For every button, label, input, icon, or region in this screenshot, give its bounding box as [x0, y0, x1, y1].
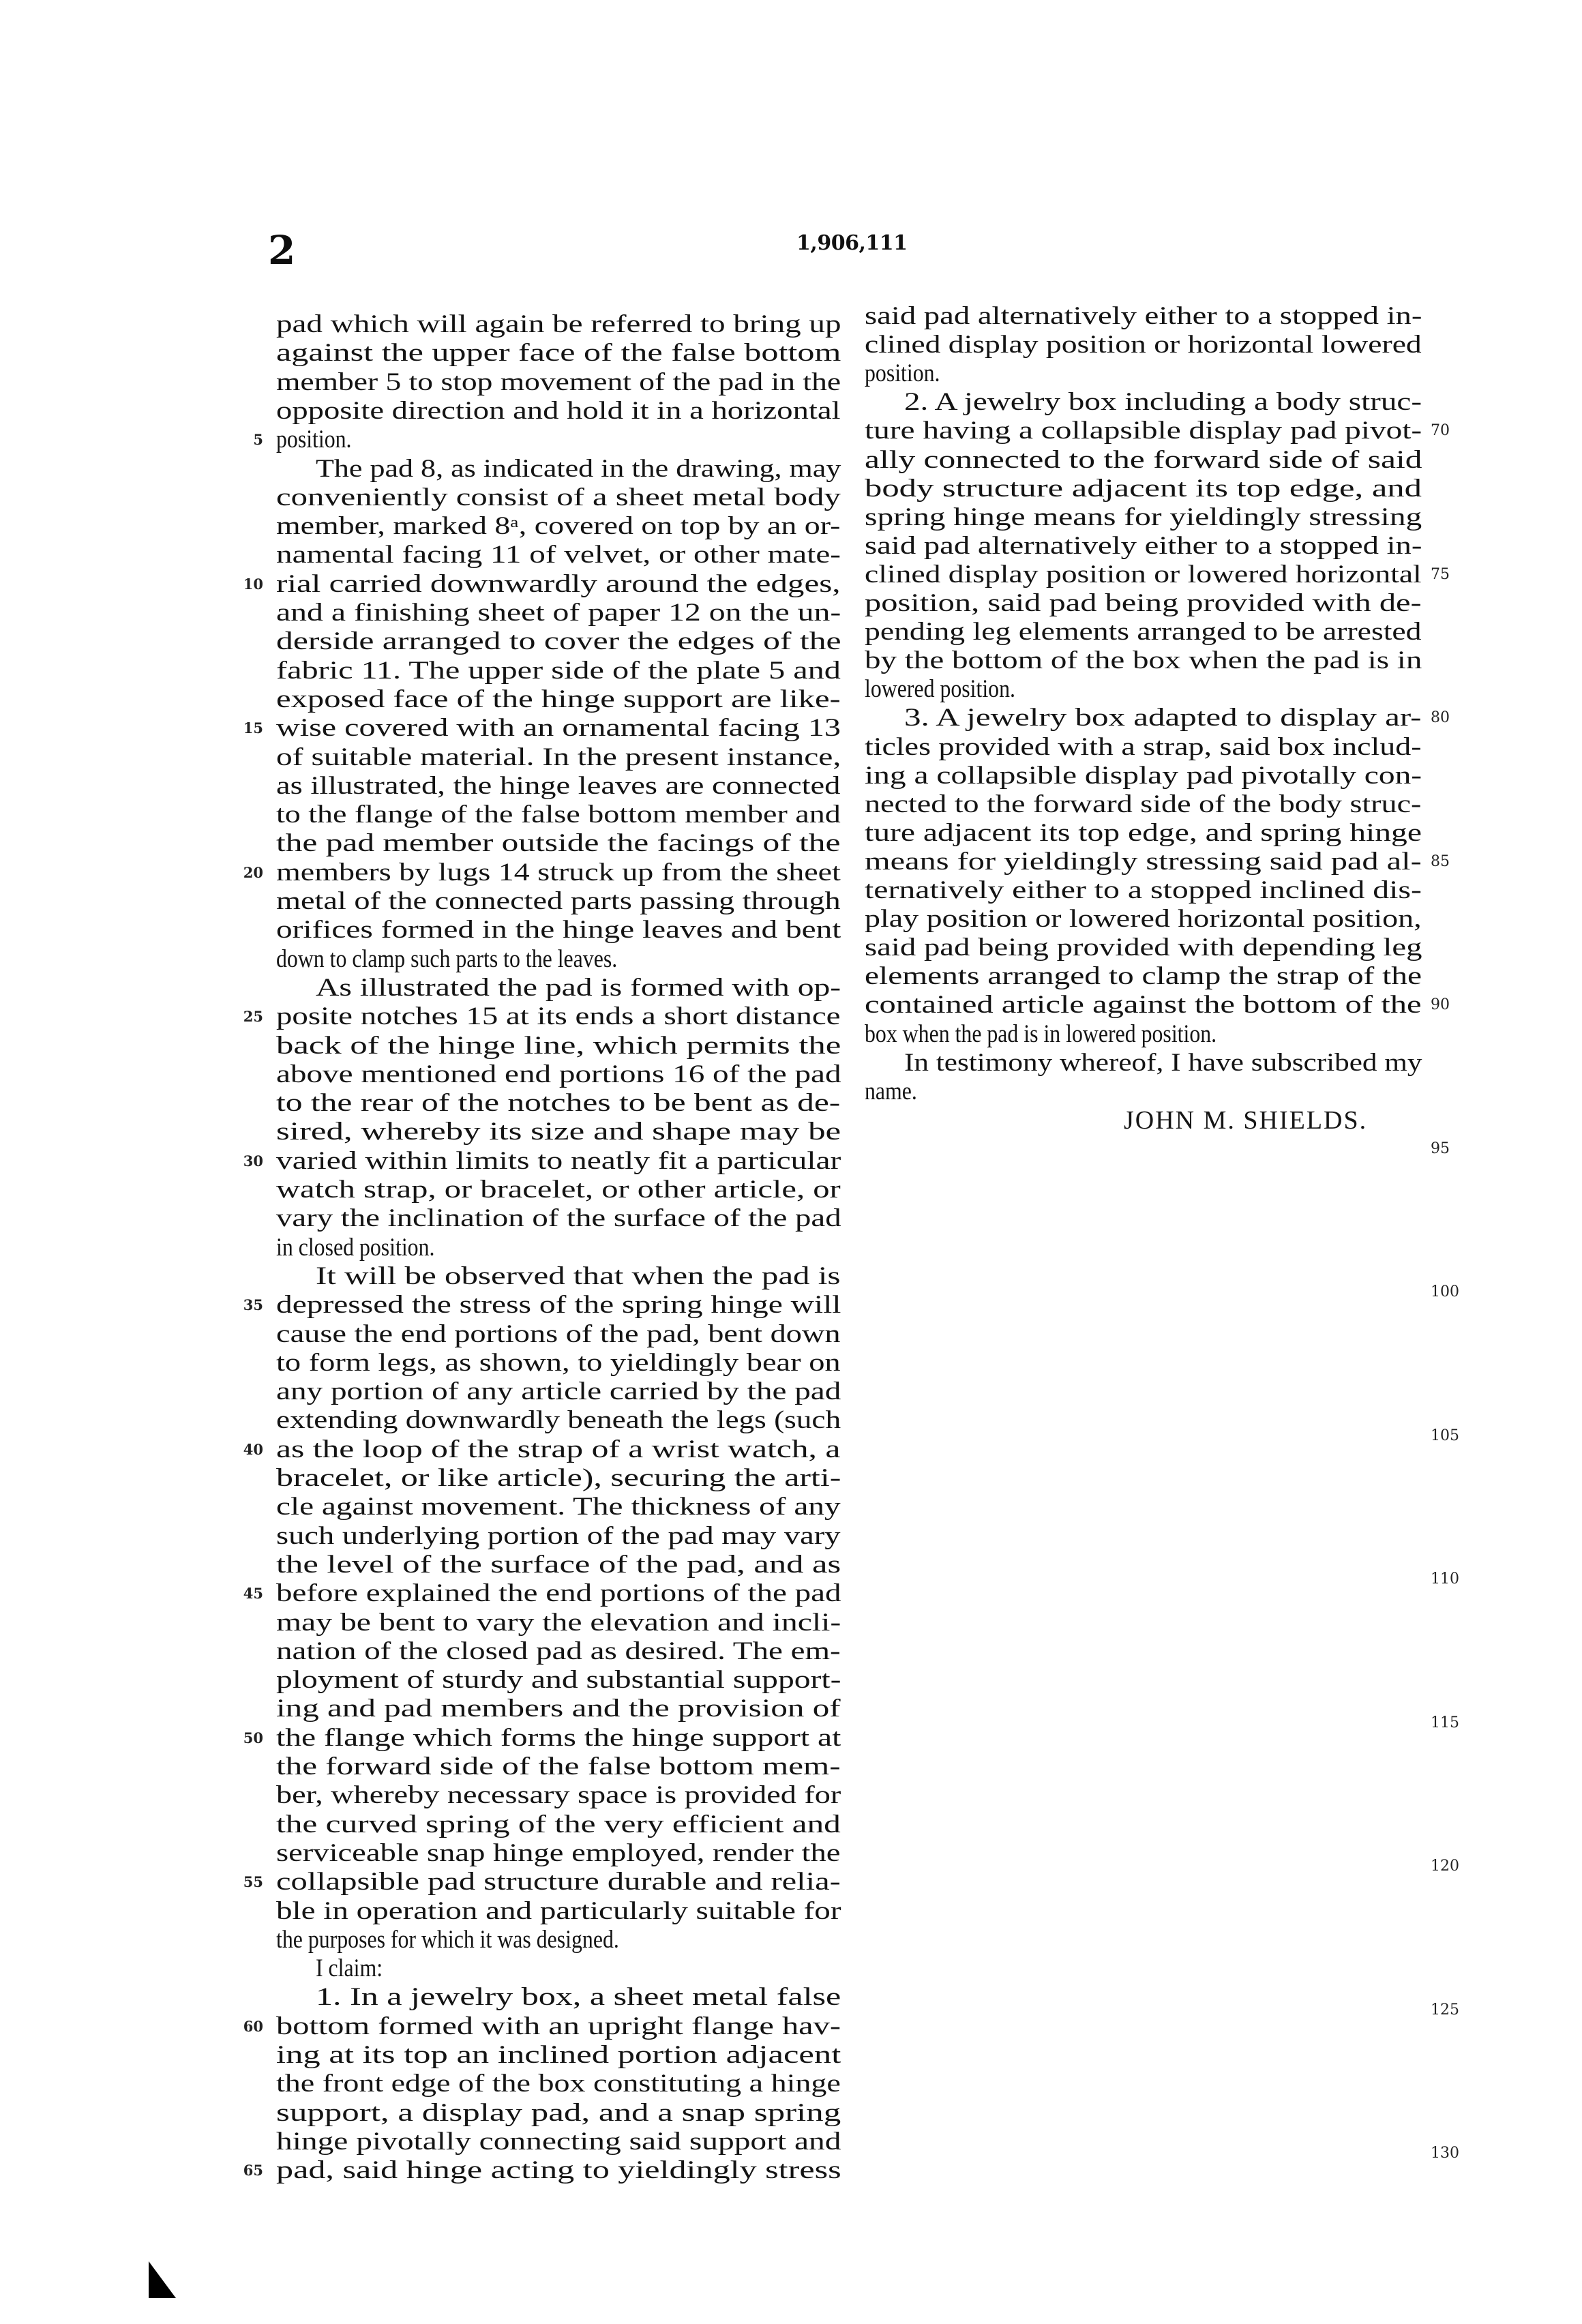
- text-line: ing and pad members and the provision of: [276, 1695, 841, 1723]
- text-line: conveniently consist of a sheet metal bo…: [276, 483, 841, 512]
- text-line: varied within limits to neatly fit a par…: [276, 1147, 841, 1176]
- text-line: as illustrated, the hinge leaves are con…: [276, 772, 840, 801]
- text-line: watch strap, or bracelet, or other artic…: [276, 1176, 841, 1204]
- line-number: 120: [1431, 1852, 1485, 1881]
- text-line: said pad alternatively either to a stopp…: [865, 302, 1422, 331]
- text-line: the front edge of the box constituting a…: [276, 2070, 841, 2098]
- line-number: 85: [1431, 848, 1485, 876]
- text-line: hinge pivotally connecting said support …: [276, 2128, 841, 2156]
- text-line: member 5 to stop movement of the pad in …: [276, 368, 841, 397]
- text-line: depressed the stress of the spring hinge…: [276, 1291, 841, 1320]
- line-number: 75: [1431, 561, 1485, 589]
- text-line: rial carried downwardly around the edges…: [276, 570, 841, 599]
- text-line: any portion of any article carried by th…: [276, 1377, 841, 1406]
- text-line: the purposes for which it was designed.: [276, 1926, 619, 1954]
- text-line: ing a collapsible display pad pivotally …: [865, 762, 1422, 790]
- text-line: said pad being provided with depending l…: [865, 934, 1422, 962]
- line-number: 25: [222, 1002, 263, 1031]
- text-line: bottom formed with an upright flange hav…: [276, 2012, 841, 2041]
- text-line: namental facing 11 of velvet, or other m…: [276, 541, 841, 569]
- line-number: 80: [1431, 704, 1485, 732]
- line-number: 95: [1431, 1135, 1485, 1163]
- text-line: the level of the surface of the pad, and…: [276, 1551, 841, 1579]
- text-line: 2. A jewelry box including a body struc-: [904, 388, 1422, 417]
- text-line: as the loop of the strap of a wrist watc…: [276, 1435, 840, 1464]
- inventor-signature: JOHN M. SHIELDS.: [1124, 1106, 1367, 1135]
- text-line: down to clamp such parts to the leaves.: [276, 945, 617, 974]
- text-line: ternatively either to a stopped inclined…: [865, 876, 1422, 905]
- text-line: before explained the end portions of the…: [276, 1579, 841, 1608]
- text-line: said pad alternatively either to a stopp…: [865, 532, 1422, 561]
- line-number: 55: [222, 1868, 263, 1896]
- text-line: position.: [865, 359, 940, 388]
- line-number: 15: [222, 714, 263, 743]
- corner-registration-mark-icon: [149, 2261, 176, 2298]
- text-line: fabric 11. The upper side of the plate 5…: [276, 657, 841, 685]
- text-line: the curved spring of the very efficient …: [276, 1811, 841, 1839]
- text-line: nected to the forward side of the body s…: [865, 790, 1421, 819]
- text-line: bracelet, or like article), securing the…: [276, 1464, 841, 1493]
- line-number: 115: [1431, 1709, 1485, 1738]
- text-line: I claim:: [316, 1954, 383, 1983]
- text-line: pad which will again be referred to brin…: [276, 310, 841, 339]
- text-line: box when the pad is in lowered position.: [865, 1020, 1217, 1049]
- text-line: member, marked 8ᵃ, covered on top by an …: [276, 512, 840, 541]
- text-line: vary the inclination of the surface of t…: [276, 1204, 841, 1233]
- text-line: pad, said hinge acting to yieldingly str…: [276, 2156, 841, 2185]
- line-number: 60: [222, 2012, 263, 2041]
- line-number: 70: [1431, 417, 1485, 445]
- text-line: clined display position or horizontal lo…: [865, 331, 1422, 359]
- text-line: contained article against the bottom of …: [865, 991, 1422, 1019]
- line-number: 130: [1431, 2139, 1485, 2168]
- text-line: the forward side of the false bottom mem…: [276, 1753, 841, 1781]
- line-number: 45: [222, 1579, 263, 1608]
- line-number: 110: [1431, 1565, 1485, 1594]
- text-line: elements arranged to clamp the strap of …: [865, 962, 1422, 991]
- text-line: spring hinge means for yieldingly stress…: [865, 503, 1422, 532]
- text-line: ally connected to the forward side of sa…: [865, 446, 1422, 475]
- line-number: 35: [222, 1291, 263, 1320]
- patent-number: 1,906,111: [796, 233, 908, 254]
- text-line: to the flange of the false bottom member…: [276, 801, 841, 829]
- text-line: wise covered with an ornamental facing 1…: [276, 714, 841, 743]
- text-line: collapsible pad structure durable and re…: [276, 1868, 841, 1896]
- text-line: sired, whereby its size and shape may be: [276, 1118, 841, 1146]
- text-line: derside arranged to cover the edges of t…: [276, 627, 841, 656]
- text-line: In testimony whereof, I have subscribed …: [904, 1049, 1422, 1077]
- line-number: 100: [1431, 1278, 1485, 1307]
- text-line: members by lugs 14 struck up from the sh…: [276, 859, 841, 887]
- text-line: cause the end portions of the pad, bent …: [276, 1320, 841, 1349]
- line-number: 105: [1431, 1422, 1485, 1450]
- text-line: serviceable snap hinge employed, render …: [276, 1839, 840, 1868]
- text-line: support, a display pad, and a snap sprin…: [276, 2099, 841, 2128]
- text-line: orifices formed in the hinge leaves and …: [276, 916, 841, 944]
- line-number: 65: [222, 2156, 263, 2185]
- line-number: 40: [222, 1435, 263, 1464]
- text-line: may be bent to vary the elevation and in…: [276, 1609, 841, 1637]
- text-line: The pad 8, as indicated in the drawing, …: [316, 455, 841, 483]
- text-line: metal of the connected parts passing thr…: [276, 887, 841, 916]
- text-line: and a finishing sheet of paper 12 on the…: [276, 599, 841, 627]
- text-line: ble in operation and particularly suitab…: [276, 1897, 841, 1926]
- line-number: 125: [1431, 1996, 1485, 2025]
- text-line: pending leg elements arranged to be arre…: [865, 618, 1422, 646]
- text-line: position, said pad being provided with d…: [865, 589, 1422, 618]
- text-line: means for yieldingly stressing said pad …: [865, 848, 1422, 876]
- text-line: ture adjacent its top edge, and spring h…: [865, 819, 1422, 848]
- text-line: above mentioned end portions 16 of the p…: [276, 1060, 841, 1089]
- text-line: the flange which forms the hinge support…: [276, 1724, 841, 1753]
- text-line: play position or lowered horizontal posi…: [865, 905, 1422, 934]
- text-line: clined display position or lowered horiz…: [865, 561, 1422, 589]
- text-line: As illustrated the pad is formed with op…: [316, 974, 841, 1002]
- text-line: back of the hinge line, which permits th…: [276, 1032, 841, 1060]
- text-line: lowered position.: [865, 675, 1015, 704]
- text-line: in closed position.: [276, 1234, 434, 1262]
- text-line: ber, whereby necessary space is provided…: [276, 1781, 841, 1810]
- line-number: 50: [222, 1724, 263, 1753]
- line-number: 20: [222, 859, 263, 887]
- patent-page: 2 1,906,111 pad which will again be refe…: [0, 0, 1582, 2324]
- text-line: the pad member outside the facings of th…: [276, 829, 840, 858]
- text-line: ture having a collapsible display pad pi…: [865, 417, 1422, 445]
- text-line: ployment of sturdy and substantial suppo…: [276, 1666, 841, 1695]
- text-line: name.: [865, 1077, 917, 1106]
- text-line: to form legs, as shown, to yieldingly be…: [276, 1349, 841, 1377]
- text-line: cle against movement. The thickness of a…: [276, 1493, 841, 1521]
- text-line: exposed face of the hinge support are li…: [276, 685, 841, 714]
- text-line: 1. In a jewelry box, a sheet metal false: [316, 1983, 841, 2012]
- line-number: 10: [222, 570, 263, 599]
- line-number: 90: [1431, 991, 1485, 1019]
- text-line: ticles provided with a strap, said box i…: [865, 733, 1422, 762]
- text-line: position.: [276, 426, 352, 454]
- text-line: against the upper face of the false bott…: [276, 339, 841, 368]
- text-line: of suitable material. In the present ins…: [276, 743, 841, 772]
- text-line: to the rear of the notches to be bent as…: [276, 1089, 840, 1118]
- line-number: 30: [222, 1147, 263, 1176]
- text-line: posite notches 15 at its ends a short di…: [276, 1002, 840, 1031]
- page-number: 2: [268, 230, 295, 270]
- text-line: opposite direction and hold it in a hori…: [276, 397, 841, 426]
- line-number: 5: [222, 426, 263, 454]
- text-line: It will be observed that when the pad is: [316, 1262, 840, 1291]
- text-line: by the bottom of the box when the pad is…: [865, 646, 1422, 675]
- text-line: body structure adjacent its top edge, an…: [865, 475, 1422, 503]
- text-line: extending downwardly beneath the legs (s…: [276, 1406, 841, 1435]
- text-line: 3. A jewelry box adapted to display ar-: [904, 704, 1421, 732]
- text-line: ing at its top an inclined portion adjac…: [276, 2041, 841, 2070]
- text-line: nation of the closed pad as desired. The…: [276, 1637, 841, 1666]
- text-line: such underlying portion of the pad may v…: [276, 1522, 841, 1551]
